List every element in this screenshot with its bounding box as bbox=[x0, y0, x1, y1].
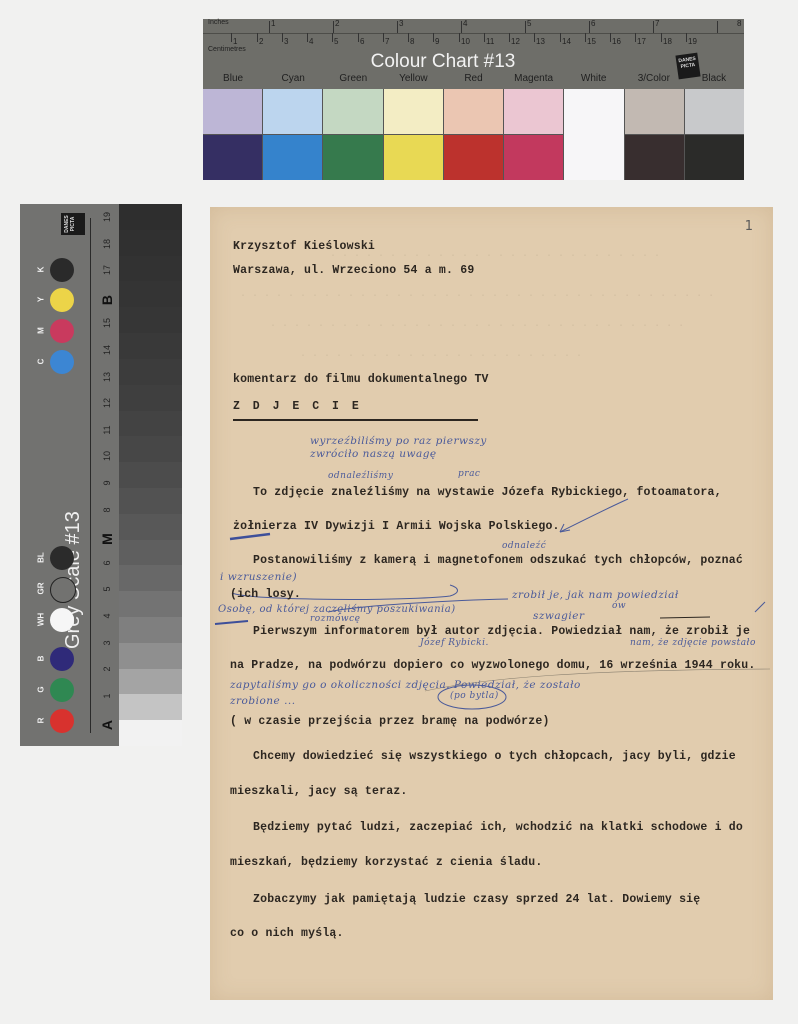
color-dot-bl bbox=[50, 546, 74, 570]
cm-mark: 13 bbox=[536, 37, 545, 46]
cm-mark: 2 bbox=[259, 37, 263, 46]
swatch-dark bbox=[203, 135, 262, 180]
grey-step bbox=[119, 359, 182, 385]
grey-step bbox=[119, 436, 182, 462]
grey-scale-number: 8 bbox=[102, 502, 112, 518]
swatch-light bbox=[384, 89, 443, 135]
grey-step bbox=[119, 565, 182, 591]
typed-line: Postanowiliśmy z kamerą i magnetofonem o… bbox=[253, 554, 743, 567]
cm-mark: 12 bbox=[511, 37, 520, 46]
swatch-light bbox=[444, 89, 503, 135]
grey-step bbox=[119, 204, 182, 230]
grey-step bbox=[119, 385, 182, 411]
swatch-light bbox=[323, 89, 382, 135]
grey-step bbox=[119, 540, 182, 566]
swatch-light bbox=[203, 89, 262, 135]
grey-scale-number: 12 bbox=[102, 395, 112, 411]
grey-scale-number: 19 bbox=[102, 209, 112, 225]
inches-label: Inches bbox=[208, 19, 229, 26]
grey-scale-marker: B bbox=[99, 292, 115, 308]
cm-mark: 7 bbox=[385, 37, 389, 46]
swatch-dark bbox=[625, 135, 684, 180]
grey-scale-number: 2 bbox=[102, 661, 112, 677]
swatch-label: Green bbox=[323, 73, 383, 87]
swatch-light bbox=[625, 89, 684, 135]
swatch-label: Yellow bbox=[383, 73, 443, 87]
swatch-column-red bbox=[444, 89, 504, 180]
grey-scale-number: 4 bbox=[102, 608, 112, 624]
grey-step bbox=[119, 617, 182, 643]
grey-step bbox=[119, 514, 182, 540]
swatch-light bbox=[564, 89, 623, 135]
cm-mark: 16 bbox=[612, 37, 621, 46]
swatch-column-white bbox=[564, 89, 624, 180]
color-dot-r bbox=[50, 709, 74, 733]
color-dot-c bbox=[50, 350, 74, 374]
grey-scale-number: 3 bbox=[102, 635, 112, 651]
grey-scale-number: 13 bbox=[102, 369, 112, 385]
swatch-label: Cyan bbox=[263, 73, 323, 87]
inch-mark: 7 bbox=[655, 19, 659, 28]
cm-mark: 19 bbox=[688, 37, 697, 46]
swatch-dark bbox=[323, 135, 382, 180]
swatch-light bbox=[263, 89, 322, 135]
color-dot-gr bbox=[50, 577, 76, 603]
typed-document: . . . . . . . . . . . . . . . . . . . . … bbox=[210, 207, 773, 1000]
handwritten-note: Józef Rybicki. bbox=[420, 638, 489, 648]
cm-mark: 5 bbox=[334, 37, 338, 46]
cm-mark: 4 bbox=[309, 37, 313, 46]
inch-mark: 2 bbox=[335, 19, 339, 28]
handwritten-note: szwagier bbox=[533, 610, 584, 622]
grey-step bbox=[119, 411, 182, 437]
grey-scale-number: 6 bbox=[102, 555, 112, 571]
swatch-light bbox=[685, 89, 744, 135]
swatch-dark bbox=[685, 135, 744, 180]
grey-scale-chart: DANES PICTA Grey Scale #13 KYMCBLGRWHBGR… bbox=[20, 204, 182, 746]
grey-step bbox=[119, 256, 182, 282]
cm-mark: 17 bbox=[637, 37, 646, 46]
swatch-dark bbox=[384, 135, 443, 180]
grey-step bbox=[119, 694, 182, 720]
colour-chart: Inches 1 2 3 4 5 6 7 8 1 2 3 4 5 6 7 8 9… bbox=[203, 19, 744, 180]
handwritten-note: rozmówcę bbox=[310, 614, 361, 624]
inch-mark: 3 bbox=[399, 19, 403, 28]
swatch-column-cyan bbox=[263, 89, 323, 180]
cm-mark: 1 bbox=[233, 37, 237, 46]
grey-step bbox=[119, 643, 182, 669]
grey-scale-number: 10 bbox=[102, 448, 112, 464]
colour-chart-title: Colour Chart #13 bbox=[203, 51, 683, 73]
typed-line: co o nich myślą. bbox=[230, 927, 344, 940]
color-dot-y bbox=[50, 288, 74, 312]
cm-mark: 11 bbox=[486, 37, 494, 46]
color-dot-label: WH bbox=[37, 612, 46, 628]
typed-line: Pierwszym informatorem był autor zdjęcia… bbox=[253, 625, 750, 638]
color-dot-m bbox=[50, 319, 74, 343]
swatch-column-black bbox=[685, 89, 744, 180]
typed-line: na Pradze, na podwórzu dopiero co wyzwol… bbox=[230, 659, 755, 672]
grey-scale-number: 11 bbox=[102, 422, 112, 438]
color-dot-g bbox=[50, 678, 74, 702]
grey-step bbox=[119, 669, 182, 695]
typed-line: Chcemy dowiedzieć się wszystkiego o tych… bbox=[253, 750, 736, 763]
color-dot-label: GR bbox=[37, 581, 46, 597]
grey-scale-number: 17 bbox=[102, 262, 112, 278]
swatch-label: Magenta bbox=[504, 73, 564, 87]
grey-step bbox=[119, 333, 182, 359]
cm-mark: 18 bbox=[663, 37, 672, 46]
cm-mark: 9 bbox=[435, 37, 439, 46]
swatch-light bbox=[504, 89, 563, 135]
grey-step bbox=[119, 281, 182, 307]
cm-mark: 14 bbox=[562, 37, 571, 46]
grey-step bbox=[119, 591, 182, 617]
color-dot-label: Y bbox=[37, 292, 46, 308]
color-dot-b bbox=[50, 647, 74, 671]
grey-scale-number: 15 bbox=[102, 315, 112, 331]
swatch-column-yellow bbox=[384, 89, 444, 180]
color-dot-label: BL bbox=[37, 550, 46, 566]
swatch-dark bbox=[444, 135, 503, 180]
typed-line: (ich losy. bbox=[230, 588, 301, 601]
cm-mark: 10 bbox=[461, 37, 470, 46]
color-dot-label: B bbox=[37, 651, 46, 667]
swatch-column-magenta bbox=[504, 89, 564, 180]
cm-ruler: 1 2 3 4 5 6 7 8 9 10 11 12 13 14 15 16 1… bbox=[203, 33, 744, 53]
color-dot-k bbox=[50, 258, 74, 282]
typed-line: mieszkań, będziemy korzystać z cienia śl… bbox=[230, 856, 542, 869]
handwritten-note: nam, że zdjęcie powstało bbox=[630, 638, 756, 648]
grey-scale-number: 5 bbox=[102, 581, 112, 597]
inch-mark: 5 bbox=[527, 19, 531, 28]
cm-mark: 15 bbox=[587, 37, 596, 46]
inch-mark: 8 bbox=[737, 19, 741, 28]
swatch-label: Blue bbox=[203, 73, 263, 87]
grey-scale-number: 9 bbox=[102, 475, 112, 491]
color-dot-label: M bbox=[37, 323, 46, 339]
swatch-column-green bbox=[323, 89, 383, 180]
swatch-column-3color bbox=[625, 89, 685, 180]
grey-step bbox=[119, 488, 182, 514]
typed-line: mieszkali, jacy są teraz. bbox=[230, 785, 408, 798]
handwritten-note: zapytaliśmy go o okoliczności zdjęcia. P… bbox=[230, 679, 581, 691]
brand-logo: DANES PICTA bbox=[61, 213, 85, 235]
swatch-dark bbox=[263, 135, 322, 180]
grey-step bbox=[119, 462, 182, 488]
grey-scale-number: 14 bbox=[102, 342, 112, 358]
swatch-column-blue bbox=[203, 89, 263, 180]
swatch-dark bbox=[564, 135, 623, 181]
cm-mark: 8 bbox=[410, 37, 414, 46]
fine-print bbox=[22, 220, 27, 221]
handwritten-note: zrobione ... bbox=[230, 695, 296, 707]
color-dot-label: K bbox=[37, 262, 46, 278]
divider-line bbox=[90, 218, 91, 733]
handwritten-note: odnaleźć bbox=[502, 541, 546, 551]
typed-line: Będziemy pytać ludzi, zaczepiać ich, wch… bbox=[253, 821, 743, 834]
handwritten-note: ów bbox=[612, 601, 626, 611]
inch-mark: 1 bbox=[271, 19, 275, 28]
swatch-label: Red bbox=[443, 73, 503, 87]
handwritten-note: zrobił je, jak nam powiedział bbox=[512, 589, 679, 601]
cm-mark: 6 bbox=[360, 37, 364, 46]
color-dot-label: C bbox=[37, 354, 46, 370]
typed-line: ( w czasie przejścia przez bramę na podw… bbox=[230, 715, 550, 728]
inch-ruler: Inches 1 2 3 4 5 6 7 8 bbox=[203, 19, 744, 34]
grey-step bbox=[119, 230, 182, 256]
inch-mark: 4 bbox=[463, 19, 467, 28]
handwritten-note: (po bytla) bbox=[450, 691, 499, 701]
swatch-label: Black bbox=[684, 73, 744, 87]
color-dot-label: G bbox=[37, 682, 46, 698]
swatch-dark bbox=[504, 135, 563, 180]
swatch-grid bbox=[203, 89, 744, 180]
swatch-label: White bbox=[564, 73, 624, 87]
grey-scale-number: 18 bbox=[102, 236, 112, 252]
color-dot-wh bbox=[50, 608, 74, 632]
swatch-label: 3/Color bbox=[624, 73, 684, 87]
grey-step-strip bbox=[119, 204, 182, 746]
grey-scale-marker: M bbox=[99, 531, 115, 547]
cm-mark: 3 bbox=[284, 37, 288, 46]
swatch-labels: Blue Cyan Green Yellow Red Magenta White… bbox=[203, 73, 744, 87]
typed-line: Zobaczymy jak pamiętają ludzie czasy spr… bbox=[253, 893, 700, 906]
color-dot-label: R bbox=[37, 713, 46, 729]
handwritten-note: i wzruszenie) bbox=[220, 571, 297, 583]
grey-scale-number: 1 bbox=[102, 688, 112, 704]
inch-mark: 6 bbox=[591, 19, 595, 28]
grey-scale-panel: DANES PICTA Grey Scale #13 KYMCBLGRWHBGR… bbox=[20, 204, 119, 746]
grey-step bbox=[119, 307, 182, 333]
grey-step bbox=[119, 720, 182, 746]
grey-scale-marker: A bbox=[99, 717, 115, 733]
